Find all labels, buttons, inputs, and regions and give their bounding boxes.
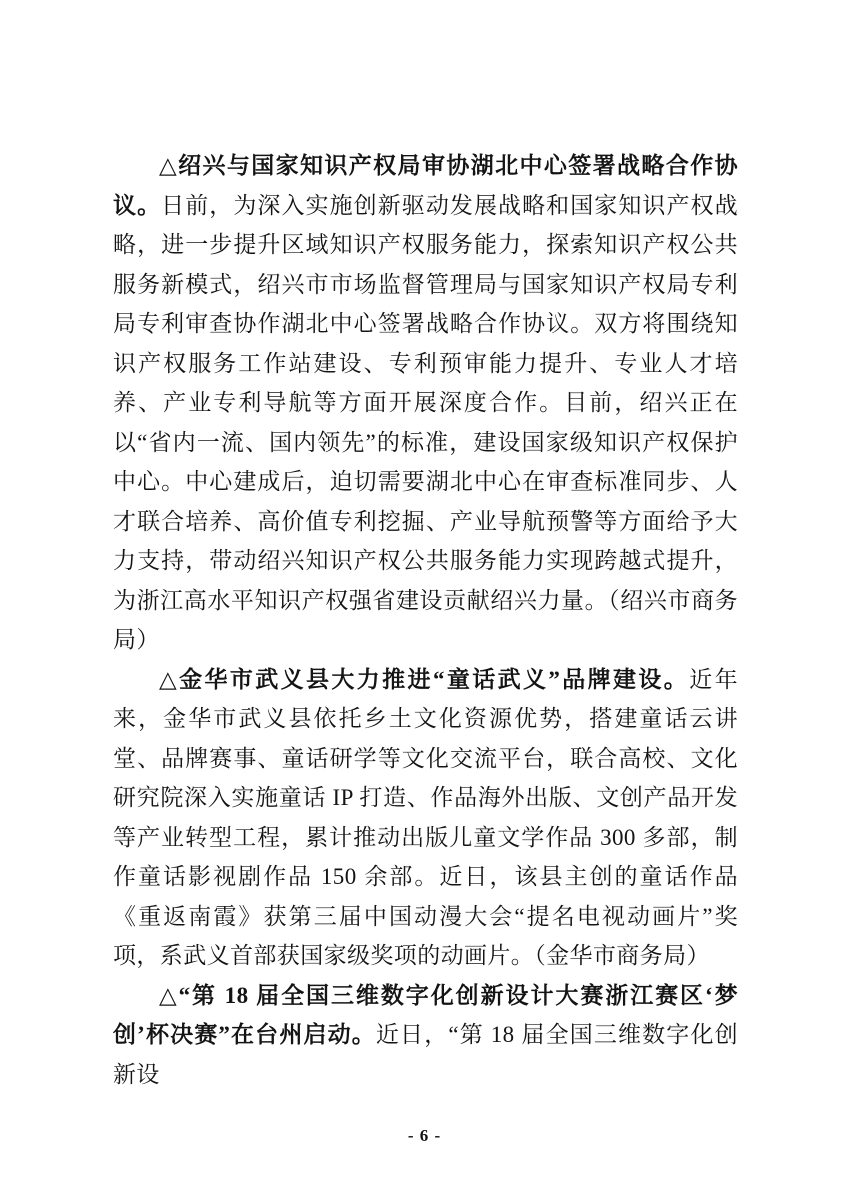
document-page: △绍兴与国家知识产权局审协湖北中心签署战略合作协议。日前，为深入实施创新驱动发展… [0, 0, 849, 1200]
paragraph-heading: △金华市武义县大力推进“童话武义”品牌建设。 [159, 667, 689, 692]
news-paragraph: △“第 18 届全国三维数字化创新设计大赛浙江赛区‘梦创’杯决赛”在台州启动。近… [113, 976, 738, 1095]
news-paragraph: △绍兴与国家知识产权局审协湖北中心签署战略合作协议。日前，为深入实施创新驱动发展… [113, 146, 738, 660]
news-paragraph: △金华市武义县大力推进“童话武义”品牌建设。近年来，金华市武义县依托乡土文化资源… [113, 660, 738, 976]
paragraph-body: 日前，为深入实施创新驱动发展战略和国家知识产权战略，进一步提升区域知识产权服务能… [113, 193, 738, 653]
page-number: - 6 - [0, 1126, 849, 1146]
paragraph-body: 近年来，金华市武义县依托乡土文化资源优势，搭建童话云讲堂、品牌赛事、童话研学等文… [113, 667, 738, 969]
document-body: △绍兴与国家知识产权局审协湖北中心签署战略合作协议。日前，为深入实施创新驱动发展… [113, 146, 738, 1094]
